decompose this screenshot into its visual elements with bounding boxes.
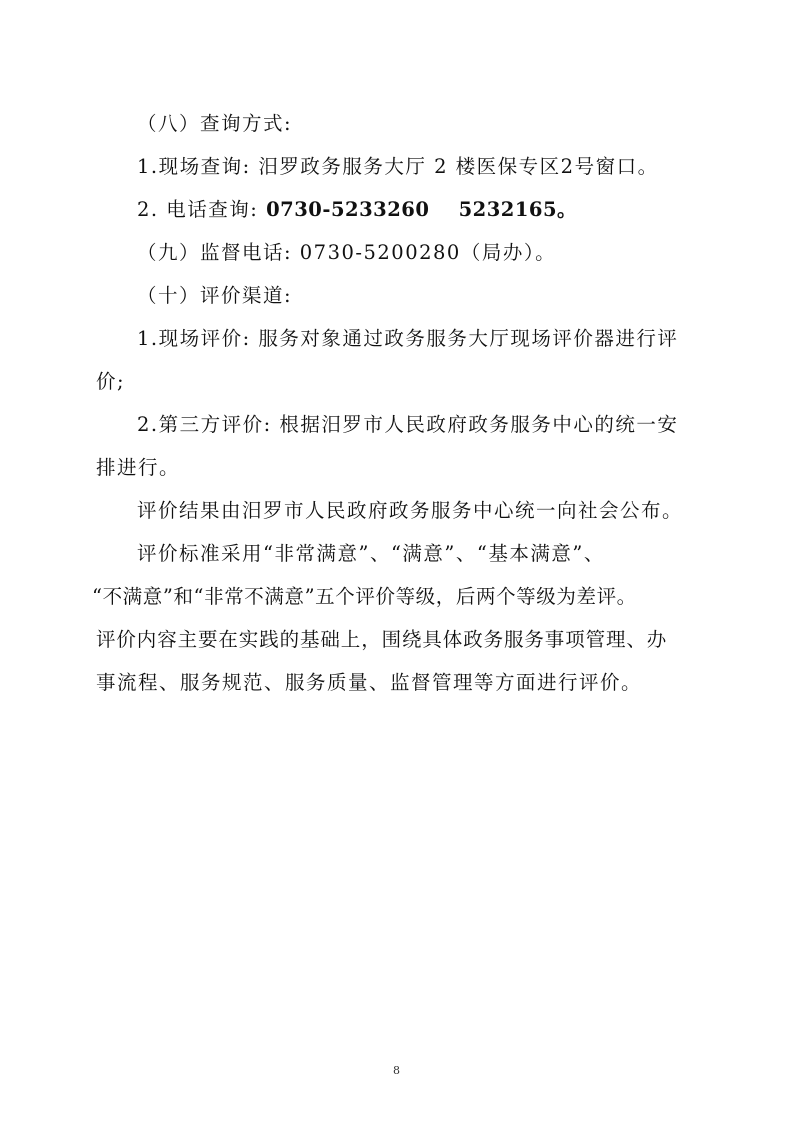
third-party-evaluation-line-2: 排进行。 [96,452,180,480]
section-9-supervision-phone: （九）监督电话: 0730-5200280（局办）。 [137,237,556,265]
onsite-query-line: 1.现场查询: 汨罗政务服务大厅 2 楼医保专区2号窗口。 [137,151,659,179]
section-8-heading: （八）查询方式: [137,108,292,136]
evaluation-standard-line-2: “不满意”和“非常不满意”五个评价等级，后两个等级为差评。 [92,581,637,609]
phone-query-label: 2. 电话查询: 0730-5233260 5232165。 [137,194,577,222]
evaluation-standard-line-1: 评价标准采用“非常满意”、“满意”、“基本满意”、 [137,538,605,566]
third-party-evaluation-line-1: 2.第三方评价: 根据汨罗市人民政府政务服务中心的统一安 [137,409,678,437]
phone-query-label-text: 2. 电话查询: [137,198,266,221]
evaluation-content-line-2: 事流程、服务规范、服务质量、监督管理等方面进行评价。 [96,667,642,695]
evaluation-content-line-1: 评价内容主要在实践的基础上，围绕具体政务服务事项管理、办 [96,624,667,652]
onsite-evaluation-line-1: 1.现场评价: 服务对象通过政务服务大厅现场评价器进行评 [137,323,678,351]
section-10-heading: （十）评价渠道: [137,280,292,308]
evaluation-result-line: 评价结果由汨罗市人民政府政务服务中心统一向社会公布。 [137,495,683,523]
onsite-evaluation-line-2: 价; [96,366,125,394]
page-number: 8 [0,1064,793,1077]
phone-query-numbers: 0730-5233260 5232165。 [266,198,577,221]
